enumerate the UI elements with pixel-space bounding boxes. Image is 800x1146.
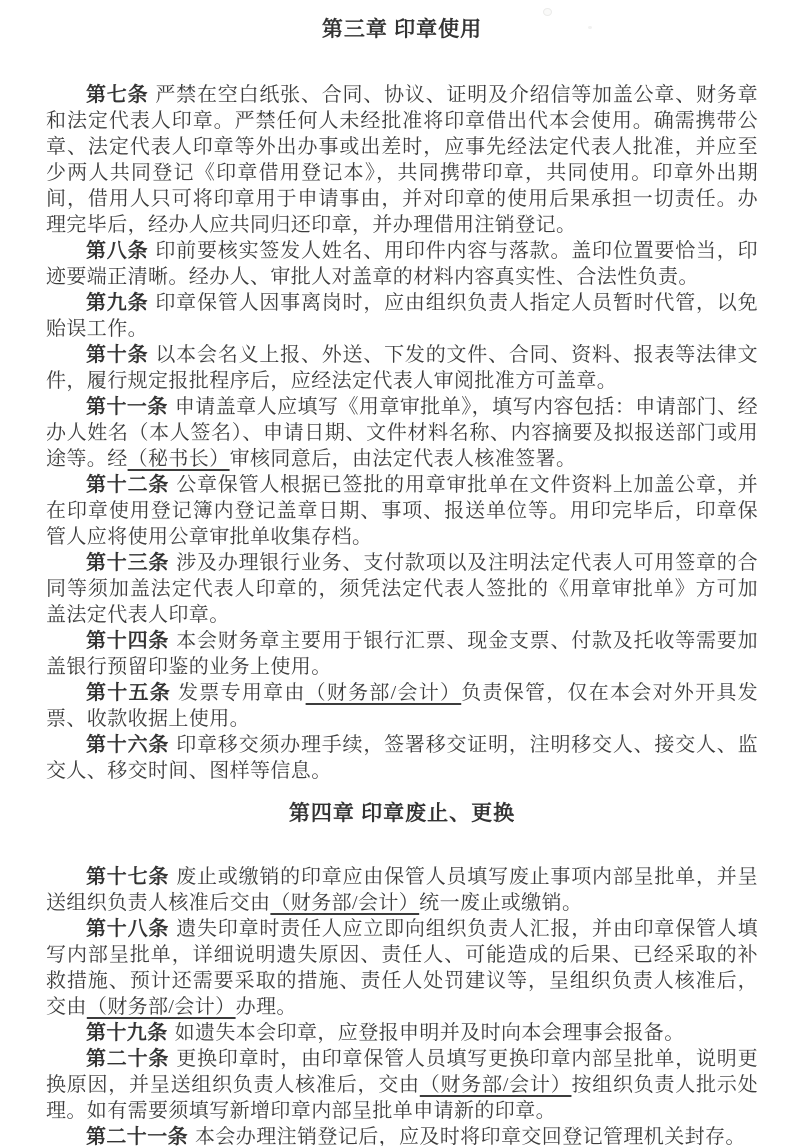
article-text: 印前要核实签发人姓名、用印件内容与落款。盖印位置要恰当，印迹要端正清晰。经办人、…: [46, 240, 758, 288]
article-paragraph: 第十二条公章保管人根据已签批的用章审批单在文件资料上加盖公章，并在印章使用登记簿…: [46, 472, 758, 550]
article-paragraph: 第十三条涉及办理银行业务、支付款项以及注明法定代表人可用签章的合同等须加盖法定代…: [46, 550, 758, 628]
scan-speck: [543, 8, 552, 16]
article-paragraph: 第十六条印章移交须办理手续，签署移交证明，注明移交人、接交人、监交人、移交时间、…: [46, 732, 758, 784]
article-text: 印章保管人因事离岗时，应由组织负责人指定人员暂时代管，以免贻误工作。: [46, 292, 758, 340]
underlined-text: （财务部/会计）: [270, 892, 419, 914]
article-text: 统一废止或缴销。: [419, 892, 582, 914]
article-paragraph: 第九条印章保管人因事离岗时，应由组织负责人指定人员暂时代管，以免贻误工作。: [46, 290, 758, 342]
article-number: 第十七条: [86, 866, 169, 888]
article-text: 如遗失本会印章，应登报申明并及时向本会理事会报备。: [175, 1022, 685, 1044]
article-paragraph: 第二十一条本会办理注销登记后，应及时将印章交回登记管理机关封存。: [46, 1124, 758, 1146]
article-paragraph: 第十一条申请盖章人应填写《用章审批单》，填写内容包括：申请部门、经办人姓名（本人…: [46, 394, 758, 472]
article-paragraph: 第十九条如遗失本会印章，应登报申明并及时向本会理事会报备。: [46, 1020, 758, 1046]
article-number: 第七条: [86, 84, 148, 106]
scan-speck: [588, 26, 592, 29]
article-number: 第十九条: [86, 1022, 168, 1044]
article-number: 第十六条: [86, 734, 169, 756]
article-paragraph: 第十七条废止或缴销的印章应由保管人员填写废止事项内部呈批单，并呈送组织负责人核准…: [46, 864, 758, 916]
article-paragraph: 第十条以本会名义上报、外送、下发的文件、合同、资料、报表等法律文件，履行规定报批…: [46, 342, 758, 394]
article-number: 第二十条: [86, 1048, 169, 1070]
article-number: 第十三条: [86, 552, 169, 574]
document-page: 第三章 印章使用 第七条严禁在空白纸张、合同、协议、证明及介绍信等加盖公章、财务…: [0, 0, 800, 1146]
article-number: 第十五条: [86, 682, 171, 704]
article-number: 第八条: [86, 240, 148, 262]
underlined-text: （财务部/会计）: [306, 682, 462, 704]
article-paragraph: 第十八条遗失印章时责任人应立即向组织负责人汇报，并由印章保管人填写内部呈批单，详…: [46, 916, 758, 1020]
article-number: 第九条: [86, 292, 148, 314]
article-paragraph: 第八条印前要核实签发人姓名、用印件内容与落款。盖印位置要恰当，印迹要端正清晰。经…: [46, 238, 758, 290]
article-text: 以本会名义上报、外送、下发的文件、合同、资料、报表等法律文件，履行规定报批程序后…: [46, 344, 758, 392]
article-paragraph: 第二十条更换印章时，由印章保管人员填写更换印章内部呈批单，说明更换原因，并呈送组…: [46, 1046, 758, 1124]
chapter-3-section: 第三章 印章使用 第七条严禁在空白纸张、合同、协议、证明及介绍信等加盖公章、财务…: [46, 14, 758, 784]
chapter-4-articles: 第十七条废止或缴销的印章应由保管人员填写废止事项内部呈批单，并呈送组织负责人核准…: [46, 864, 758, 1146]
article-paragraph: 第十五条发票专用章由（财务部/会计）负责保管，仅在本会对外开具发票、收款收据上使…: [46, 680, 758, 732]
chapter-3-articles: 第七条严禁在空白纸张、合同、协议、证明及介绍信等加盖公章、财务章和法定代表人印章…: [46, 82, 758, 784]
chapter-3-title: 第三章 印章使用: [46, 14, 758, 44]
article-text: 本会办理注销登记后，应及时将印章交回登记管理机关封存。: [195, 1126, 746, 1146]
article-number: 第二十一条: [86, 1126, 188, 1146]
underlined-text: （秘书长）: [128, 448, 230, 470]
chapter-4-title: 第四章 印章废止、更换: [46, 798, 758, 828]
article-number: 第十二条: [86, 474, 169, 496]
underlined-text: （财务部/会计）: [87, 996, 236, 1018]
article-number: 第十条: [86, 344, 148, 366]
article-number: 第十一条: [86, 396, 168, 418]
article-text: 发票专用章由: [178, 682, 306, 704]
chapter-4-section: 第四章 印章废止、更换 第十七条废止或缴销的印章应由保管人员填写废止事项内部呈批…: [46, 798, 758, 1146]
article-text: 办理。: [236, 996, 297, 1018]
article-text: 审核同意后，由法定代表人核准签署。: [230, 448, 577, 470]
article-paragraph: 第七条严禁在空白纸张、合同、协议、证明及介绍信等加盖公章、财务章和法定代表人印章…: [46, 82, 758, 238]
article-number: 第十八条: [86, 918, 169, 940]
article-paragraph: 第十四条本会财务章主要用于银行汇票、现金支票、付款及托收等需要加盖银行预留印鉴的…: [46, 628, 758, 680]
article-text: 严禁在空白纸张、合同、协议、证明及介绍信等加盖公章、财务章和法定代表人印章。严禁…: [46, 84, 758, 236]
article-number: 第十四条: [86, 630, 169, 652]
underlined-text: （财务部/会计）: [420, 1074, 572, 1096]
